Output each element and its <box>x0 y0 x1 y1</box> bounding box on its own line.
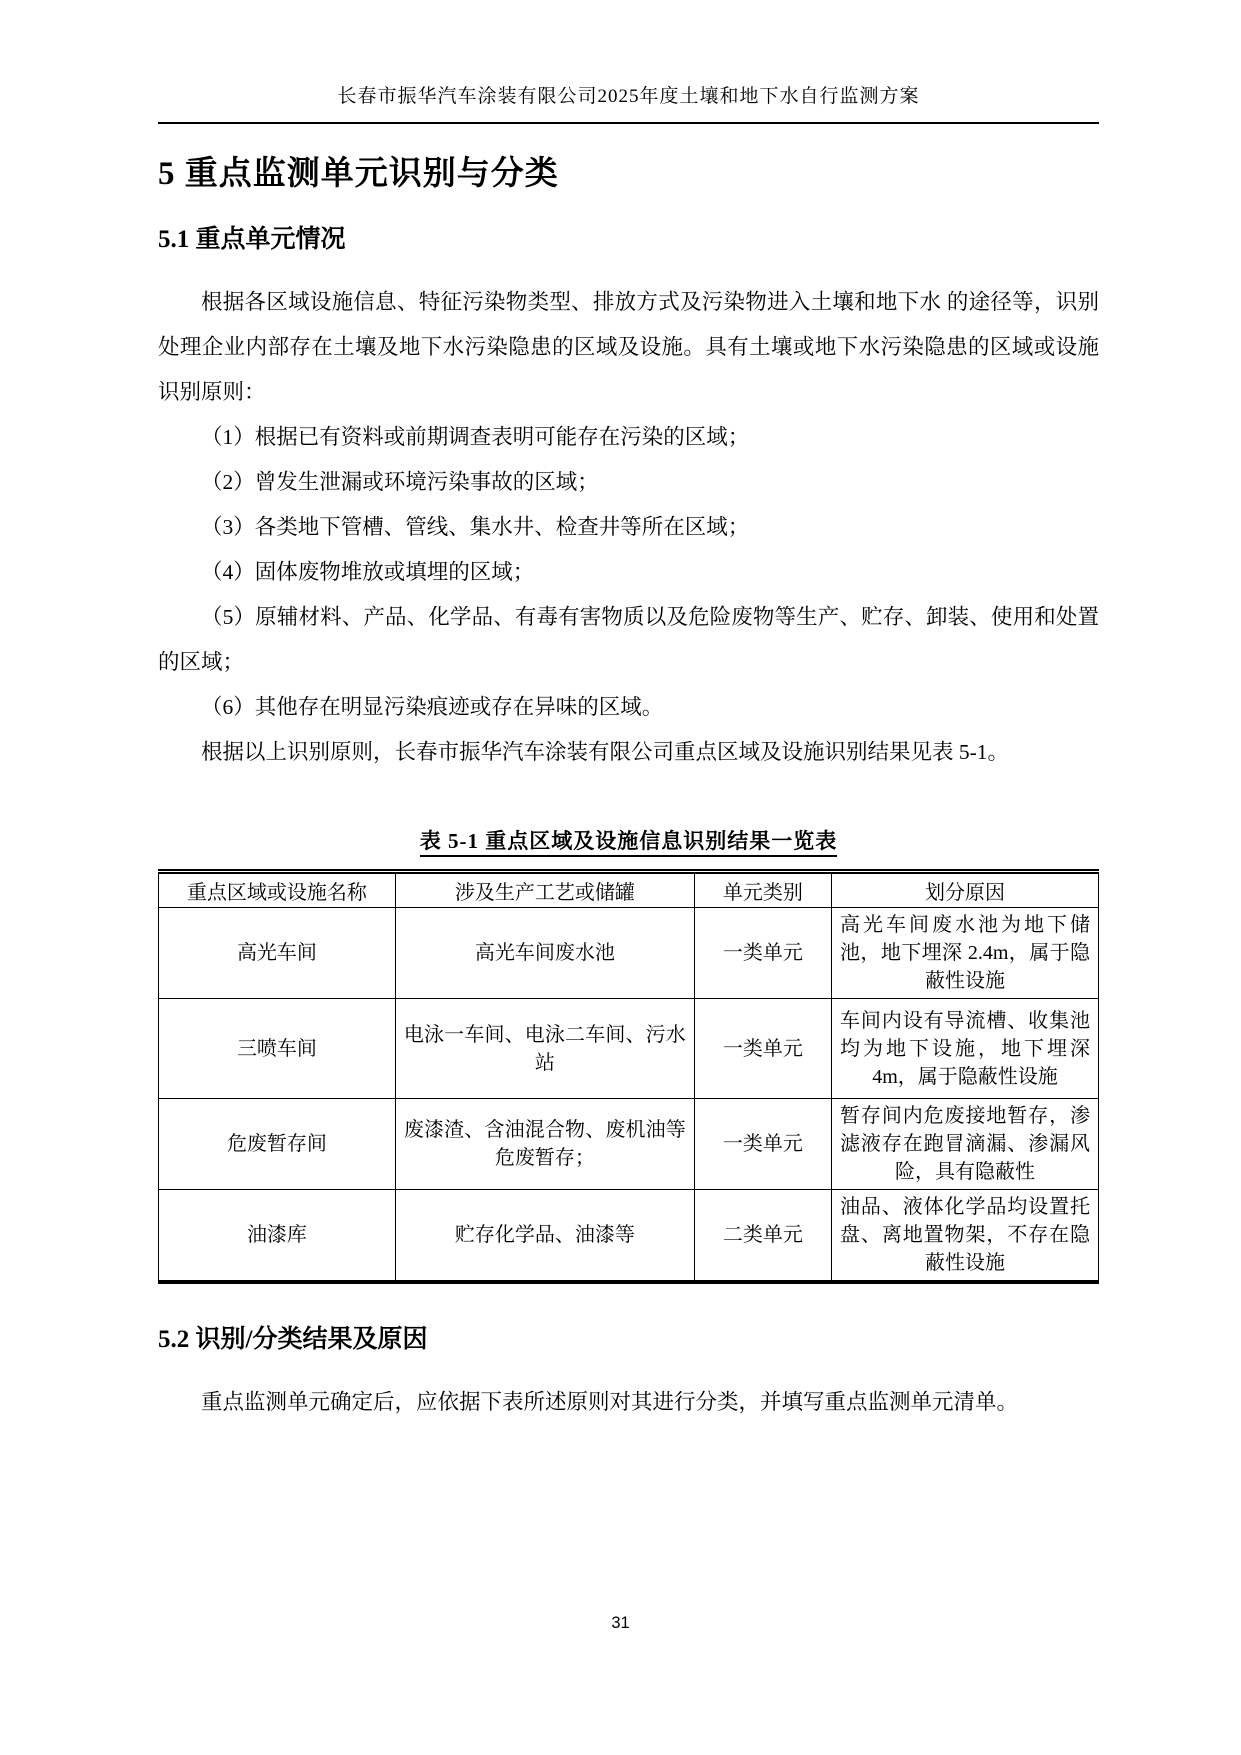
cell-area-name: 三喷车间 <box>159 999 396 1099</box>
col-header-process: 涉及生产工艺或储罐 <box>395 872 694 908</box>
page-number: 31 <box>0 1614 1241 1633</box>
intro-paragraph: 根据各区域设施信息、特征污染物类型、排放方式及污染物进入土壤和地下水 的途径等，… <box>158 280 1099 415</box>
cell-reason: 油品、液体化学品均设置托盘、离地置物架，不存在隐蔽性设施 <box>832 1190 1099 1283</box>
header-rule <box>158 122 1099 124</box>
cell-area-name: 油漆库 <box>159 1190 396 1283</box>
section-5-2-paragraph: 重点监测单元确定后，应依据下表所述原则对其进行分类，并填写重点监测单元清单。 <box>158 1380 1099 1425</box>
cell-reason: 车间内设有导流槽、收集池均为地下设施，地下埋深 4m，属于隐蔽性设施 <box>832 999 1099 1099</box>
cell-category: 一类单元 <box>694 908 831 999</box>
cell-reason: 高光车间废水池为地下储池，地下埋深 2.4m，属于隐蔽性设施 <box>832 908 1099 999</box>
table-header-row: 重点区域或设施名称 涉及生产工艺或储罐 单元类别 划分原因 <box>159 872 1099 908</box>
cell-category: 二类单元 <box>694 1190 831 1283</box>
principle-item-6: （6）其他存在明显污染痕迹或存在异味的区域。 <box>158 685 1099 730</box>
table-row: 三喷车间 电泳一车间、电泳二车间、污水站 一类单元 车间内设有导流槽、收集池均为… <box>159 999 1099 1099</box>
document-page: 长春市振华汽车涂装有限公司2025年度土壤和地下水自行监测方案 5 重点监测单元… <box>0 0 1241 1755</box>
chapter-title: 5 重点监测单元识别与分类 <box>158 152 1099 196</box>
principle-item-4: （4）固体废物堆放或填埋的区域； <box>158 550 1099 595</box>
cell-process: 废漆渣、含油混合物、废机油等危废暂存； <box>395 1099 694 1190</box>
col-header-name: 重点区域或设施名称 <box>159 872 396 908</box>
cell-process: 高光车间废水池 <box>395 908 694 999</box>
cell-process: 电泳一车间、电泳二车间、污水站 <box>395 999 694 1099</box>
key-units-table: 重点区域或设施名称 涉及生产工艺或储罐 单元类别 划分原因 高光车间 高光车间废… <box>158 869 1099 1284</box>
table-caption-text: 表 5-1 重点区域及设施信息识别结果一览表 <box>420 829 838 857</box>
table-row: 危废暂存间 废漆渣、含油混合物、废机油等危废暂存； 一类单元 暂存间内危废接地暂… <box>159 1099 1099 1190</box>
principle-item-1: （1）根据已有资料或前期调查表明可能存在污染的区域； <box>158 415 1099 460</box>
table-caption: 表 5-1 重点区域及设施信息识别结果一览表 <box>158 825 1099 855</box>
cell-reason: 暂存间内危废接地暂存，渗滤液存在跑冒滴漏、渗漏风险，具有隐蔽性 <box>832 1099 1099 1190</box>
col-header-reason: 划分原因 <box>832 872 1099 908</box>
principle-item-5: （5）原辅材料、产品、化学品、有毒有害物质以及危险废物等生产、贮存、卸装、使用和… <box>158 595 1099 685</box>
cell-area-name: 危废暂存间 <box>159 1099 396 1190</box>
conclusion-paragraph: 根据以上识别原则，长春市振华汽车涂装有限公司重点区域及设施识别结果见表 5-1。 <box>158 730 1099 775</box>
section-5-2-heading: 5.2 识别/分类结果及原因 <box>158 1322 1099 1358</box>
table-row: 高光车间 高光车间废水池 一类单元 高光车间废水池为地下储池，地下埋深 2.4m… <box>159 908 1099 999</box>
cell-area-name: 高光车间 <box>159 908 396 999</box>
cell-category: 一类单元 <box>694 1099 831 1190</box>
cell-process: 贮存化学品、油漆等 <box>395 1190 694 1283</box>
table-row: 油漆库 贮存化学品、油漆等 二类单元 油品、液体化学品均设置托盘、离地置物架，不… <box>159 1190 1099 1283</box>
section-5-1-heading: 5.1 重点单元情况 <box>158 222 1099 258</box>
principle-item-2: （2）曾发生泄漏或环境污染事故的区域； <box>158 460 1099 505</box>
col-header-category: 单元类别 <box>694 872 831 908</box>
doc-header: 长春市振华汽车涂装有限公司2025年度土壤和地下水自行监测方案 <box>158 84 1099 110</box>
principle-item-3: （3）各类地下管槽、管线、集水井、检查井等所在区域； <box>158 505 1099 550</box>
cell-category: 一类单元 <box>694 999 831 1099</box>
